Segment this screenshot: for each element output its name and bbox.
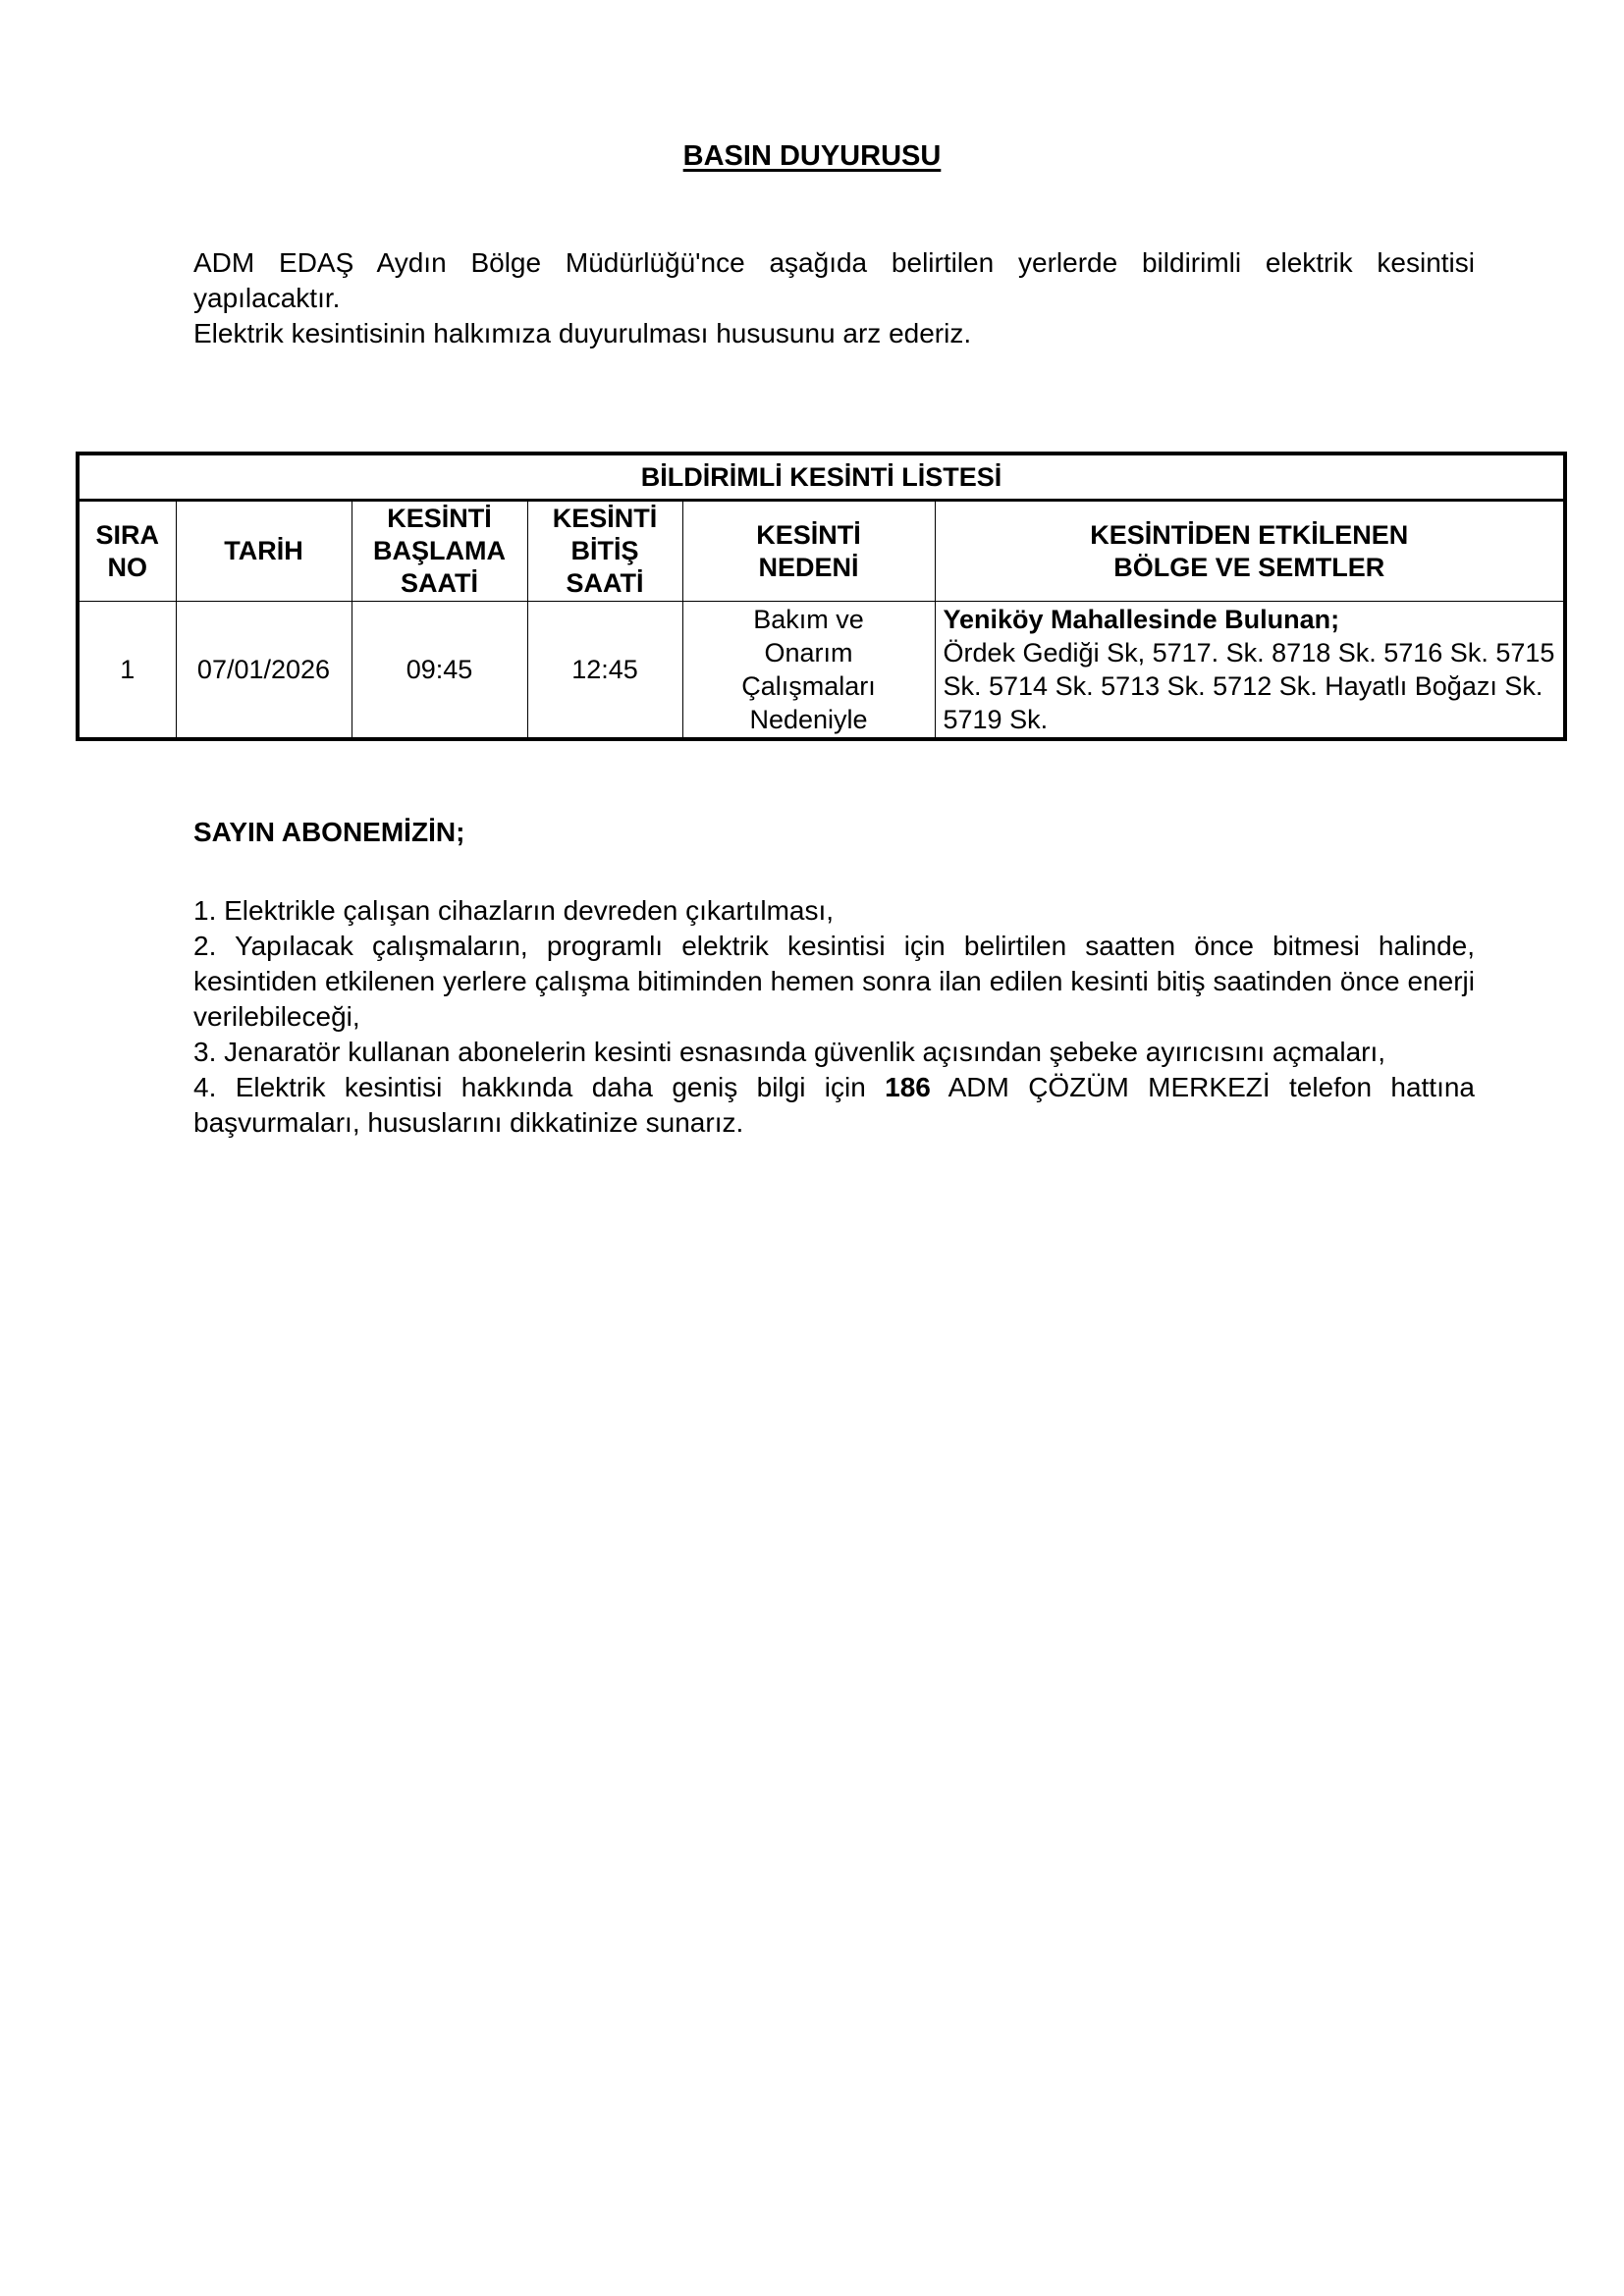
cell-start-time: 09:45 (352, 602, 527, 740)
intro-line-1: ADM EDAŞ Aydın Bölge Müdürlüğü'nce aşağı… (193, 245, 1475, 281)
cell-end-time: 12:45 (527, 602, 682, 740)
notice-item: 2. Yapılacak çalışmaların, programlı ele… (193, 929, 1475, 1035)
document-title-text: BASIN DUYURUSU (683, 140, 942, 172)
region-streets: Ördek Gediği Sk, 5717. Sk. 8718 Sk. 5716… (944, 636, 1558, 736)
region-title: Yeniköy Mahallesinde Bulunan; (944, 603, 1558, 636)
table-caption: BİLDİRİMLİ KESİNTİ LİSTESİ (78, 454, 1565, 501)
document-title: BASIN DUYURUSU (0, 140, 1624, 173)
hotline-number: 186 (885, 1072, 931, 1102)
notice-greeting: SAYIN ABONEMİZİN; (193, 815, 1475, 850)
header-start-time: KESİNTİBAŞLAMASAATİ (352, 501, 527, 602)
outage-table: BİLDİRİMLİ KESİNTİ LİSTESİ SIRANO TARİH … (76, 452, 1567, 741)
intro-line-2: yapılacaktır. (193, 281, 1475, 316)
notice-list: 1. Elektrikle çalışan cihazların devrede… (193, 893, 1475, 1141)
cell-no: 1 (78, 602, 176, 740)
notice-item: 1. Elektrikle çalışan cihazların devrede… (193, 893, 1475, 929)
intro-paragraph: ADM EDAŞ Aydın Bölge Müdürlüğü'nce aşağı… (193, 245, 1475, 351)
cell-affected-region: Yeniköy Mahallesinde Bulunan; Ördek Gedi… (935, 602, 1565, 740)
cell-reason: Bakım ve Onarım Çalışmaları Nedeniyle (682, 602, 935, 740)
header-tarih: TARİH (176, 501, 352, 602)
notice-item: 3. Jenaratör kullanan abonelerin kesinti… (193, 1035, 1475, 1070)
intro-line-3: Elektrik kesintisinin halkımıza duyurulm… (193, 316, 1475, 351)
header-affected-region: KESİNTİDEN ETKİLENENBÖLGE VE SEMTLER (935, 501, 1565, 602)
cell-date: 07/01/2026 (176, 602, 352, 740)
header-sira-no: SIRANO (78, 501, 176, 602)
header-reason: KESİNTİNEDENİ (682, 501, 935, 602)
header-end-time: KESİNTİBİTİŞSAATİ (527, 501, 682, 602)
notice-item: 4. Elektrik kesintisi hakkında daha geni… (193, 1070, 1475, 1141)
table-row: 1 07/01/2026 09:45 12:45 Bakım ve Onarım… (78, 602, 1565, 740)
table-header-row: SIRANO TARİH KESİNTİBAŞLAMASAATİ KESİNTİ… (78, 501, 1565, 602)
subscriber-notice: SAYIN ABONEMİZİN; 1. Elektrikle çalışan … (193, 815, 1475, 1141)
